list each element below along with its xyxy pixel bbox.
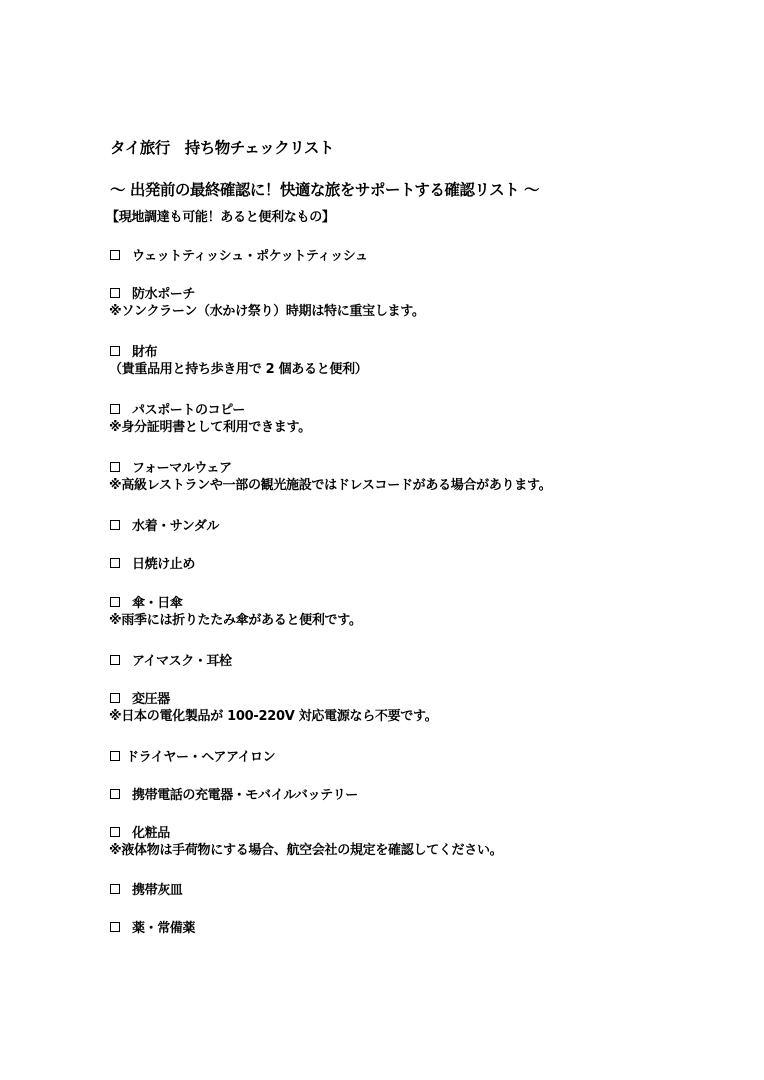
checklist-item: 水着・サンダル [110, 515, 219, 534]
item-note: ※液体物は手荷物にする場合、航空会社の規定を確認してください。 [109, 841, 502, 860]
checkbox-icon[interactable] [110, 693, 120, 703]
item-note: ※高級レストランや一部の観光施設ではドレスコードがある場合があります。 [109, 476, 551, 495]
checkbox-icon[interactable] [110, 597, 120, 607]
checklist-item: 携帯電話の充電器・モバイルバッテリー [110, 784, 358, 803]
checkbox-icon[interactable] [110, 462, 120, 472]
checkbox-icon[interactable] [110, 655, 120, 665]
item-note: ※身分証明書として利用できます。 [109, 418, 311, 437]
checkbox-icon[interactable] [110, 346, 120, 356]
item-label: 薬・常備薬 [132, 917, 195, 936]
checkbox-icon[interactable] [110, 558, 120, 568]
checkbox-icon[interactable] [110, 751, 120, 761]
checkbox-icon[interactable] [110, 922, 120, 932]
item-label: 水着・サンダル [132, 515, 219, 534]
checklist-item: ウェットティッシュ・ポケットティッシュ [110, 245, 368, 264]
document-page: タイ旅行 持ち物チェックリスト ～ 出発前の最終確認に！快適な旅をサポートする確… [0, 0, 764, 1080]
item-label: 携帯電話の充電器・モバイルバッテリー [132, 784, 358, 803]
checklist-item: 薬・常備薬 [110, 917, 195, 936]
checklist-item: アイマスク・耳栓 [110, 650, 232, 669]
item-note: ※ソンクラーン（水かけ祭り）時期は特に重宝します。 [109, 302, 425, 321]
checklist-item: 防水ポーチ ※ソンクラーン（水かけ祭り）時期は特に重宝します。 [110, 283, 425, 321]
section-header: 【現地調達も可能！あると便利なもの】 [106, 206, 335, 225]
checkbox-icon[interactable] [110, 288, 120, 298]
checklist-item: 日焼け止め [110, 553, 195, 572]
item-label: 傘・日傘 [132, 592, 182, 611]
checkbox-icon[interactable] [110, 250, 120, 260]
item-label: ウェットティッシュ・ポケットティッシュ [132, 245, 368, 264]
item-label: パスポートのコピー [132, 399, 245, 418]
item-label: 日焼け止め [132, 553, 195, 572]
checklist-item: 傘・日傘 ※雨季には折りたたみ傘があると便利です。 [110, 592, 362, 630]
checklist-item: フォーマルウェア ※高級レストランや一部の観光施設ではドレスコードがある場合があ… [110, 457, 551, 495]
checkbox-icon[interactable] [110, 884, 120, 894]
checklist-item: 変圧器 ※日本の電化製品が 100-220V 対応電源なら不要です。 [110, 688, 437, 726]
checklist-item: 化粧品 ※液体物は手荷物にする場合、航空会社の規定を確認してください。 [110, 822, 502, 860]
document-title: タイ旅行 持ち物チェックリスト [110, 136, 334, 158]
item-note: ※雨季には折りたたみ傘があると便利です。 [109, 611, 362, 630]
checkbox-icon[interactable] [110, 520, 120, 530]
item-label: アイマスク・耳栓 [132, 650, 232, 669]
checklist-item: パスポートのコピー ※身分証明書として利用できます。 [110, 399, 311, 437]
checklist-item: ドライヤー・ヘアアイロン [110, 746, 275, 765]
item-label: 変圧器 [132, 688, 170, 707]
item-label: フォーマルウェア [132, 457, 232, 476]
item-note: （貴重品用と持ち歩き用で 2 個あると便利） [109, 360, 368, 379]
checkbox-icon[interactable] [110, 404, 120, 414]
item-label: 防水ポーチ [132, 283, 195, 302]
checkbox-icon[interactable] [110, 789, 120, 799]
checklist-item: 携帯灰皿 [110, 879, 182, 898]
item-label: ドライヤー・ヘアアイロン [126, 746, 275, 765]
item-label: 携帯灰皿 [132, 879, 182, 898]
checkbox-icon[interactable] [110, 827, 120, 837]
item-label: 財布 [132, 341, 157, 360]
item-label: 化粧品 [132, 822, 170, 841]
item-note: ※日本の電化製品が 100-220V 対応電源なら不要です。 [109, 707, 437, 726]
checklist-item: 財布 （貴重品用と持ち歩き用で 2 個あると便利） [110, 341, 368, 379]
document-subtitle: ～ 出発前の最終確認に！快適な旅をサポートする確認リスト ～ [110, 178, 539, 200]
